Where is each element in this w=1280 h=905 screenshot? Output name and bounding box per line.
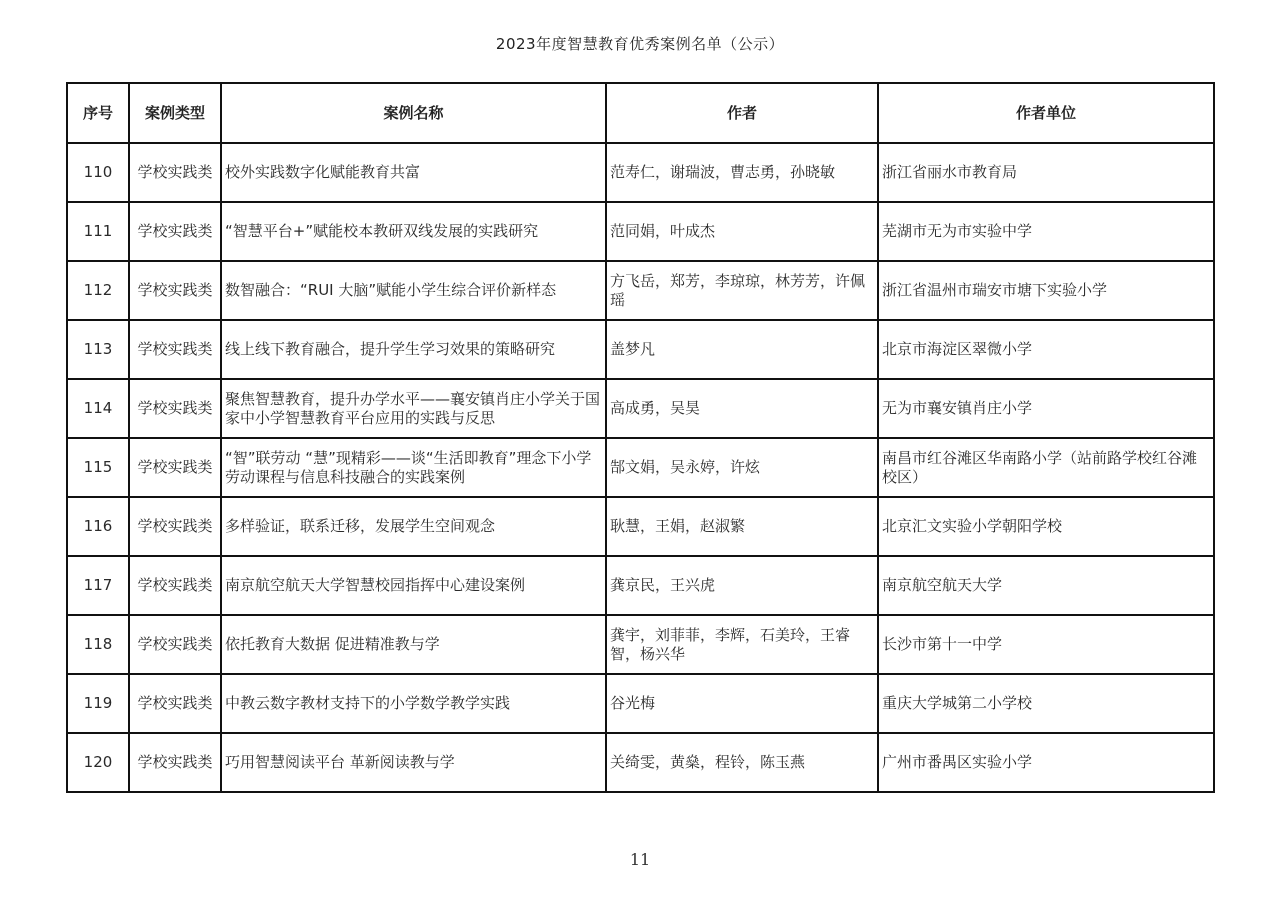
cell-no: 113 (67, 320, 129, 379)
cell-author-unit: 南昌市红谷滩区华南路小学（站前路学校红谷滩校区） (878, 438, 1214, 497)
cell-case-name: 巧用智慧阅读平台 革新阅读教与学 (221, 733, 606, 792)
table-row: 115 学校实践类 “智”联劳动 “慧”现精彩——谈“生活即教育”理念下小学劳动… (67, 438, 1214, 497)
cell-type: 学校实践类 (129, 733, 221, 792)
cell-case-name: “智慧平台+”赋能校本教研双线发展的实践研究 (221, 202, 606, 261)
table-row: 116 学校实践类 多样验证，联系迁移，发展学生空间观念 耿慧，王娟，赵淑繁 北… (67, 497, 1214, 556)
cell-authors: 耿慧，王娟，赵淑繁 (606, 497, 878, 556)
page-number: 11 (0, 850, 1280, 869)
cell-no: 119 (67, 674, 129, 733)
cell-type: 学校实践类 (129, 379, 221, 438)
cell-authors: 高成勇，吴昊 (606, 379, 878, 438)
cell-no: 110 (67, 143, 129, 202)
cell-case-name: “智”联劳动 “慧”现精彩——谈“生活即教育”理念下小学劳动课程与信息科技融合的… (221, 438, 606, 497)
case-list-table: 序号 案例类型 案例名称 作者 作者单位 110 学校实践类 校外实践数字化赋能… (66, 82, 1215, 793)
cell-type: 学校实践类 (129, 674, 221, 733)
header-no: 序号 (67, 83, 129, 143)
cell-authors: 龚京民，王兴虎 (606, 556, 878, 615)
cell-author-unit: 长沙市第十一中学 (878, 615, 1214, 674)
cell-authors: 郜文娟，吴永婷，许炫 (606, 438, 878, 497)
cell-authors: 范寿仁，谢瑞波，曹志勇，孙晓敏 (606, 143, 878, 202)
cell-author-unit: 芜湖市无为市实验中学 (878, 202, 1214, 261)
table-row: 120 学校实践类 巧用智慧阅读平台 革新阅读教与学 关绮雯，黄燊，程铃，陈玉燕… (67, 733, 1214, 792)
cell-no: 111 (67, 202, 129, 261)
table-row: 117 学校实践类 南京航空航天大学智慧校园指挥中心建设案例 龚京民，王兴虎 南… (67, 556, 1214, 615)
document-title: 2023年度智慧教育优秀案例名单（公示） (0, 33, 1280, 54)
cell-type: 学校实践类 (129, 497, 221, 556)
cell-type: 学校实践类 (129, 615, 221, 674)
header-name: 案例名称 (221, 83, 606, 143)
table-row: 110 学校实践类 校外实践数字化赋能教育共富 范寿仁，谢瑞波，曹志勇，孙晓敏 … (67, 143, 1214, 202)
cell-author-unit: 南京航空航天大学 (878, 556, 1214, 615)
cell-type: 学校实践类 (129, 438, 221, 497)
table-row: 118 学校实践类 依托教育大数据 促进精准教与学 龚宇，刘菲菲，李辉，石美玲，… (67, 615, 1214, 674)
table-row: 111 学校实践类 “智慧平台+”赋能校本教研双线发展的实践研究 范同娟，叶成杰… (67, 202, 1214, 261)
cell-type: 学校实践类 (129, 261, 221, 320)
cell-authors: 范同娟，叶成杰 (606, 202, 878, 261)
cell-author-unit: 广州市番禺区实验小学 (878, 733, 1214, 792)
table-body: 110 学校实践类 校外实践数字化赋能教育共富 范寿仁，谢瑞波，曹志勇，孙晓敏 … (67, 143, 1214, 792)
cell-type: 学校实践类 (129, 320, 221, 379)
table-row: 112 学校实践类 数智融合：“RUI 大脑”赋能小学生综合评价新样态 方飞岳，… (67, 261, 1214, 320)
cell-no: 112 (67, 261, 129, 320)
header-row: 序号 案例类型 案例名称 作者 作者单位 (67, 83, 1214, 143)
table-header: 序号 案例类型 案例名称 作者 作者单位 (67, 83, 1214, 143)
cell-no: 115 (67, 438, 129, 497)
table-row: 113 学校实践类 线上线下教育融合，提升学生学习效果的策略研究 盖梦凡 北京市… (67, 320, 1214, 379)
cell-no: 114 (67, 379, 129, 438)
cell-case-name: 依托教育大数据 促进精准教与学 (221, 615, 606, 674)
cell-case-name: 多样验证，联系迁移，发展学生空间观念 (221, 497, 606, 556)
cell-author-unit: 北京汇文实验小学朝阳学校 (878, 497, 1214, 556)
cell-author-unit: 浙江省丽水市教育局 (878, 143, 1214, 202)
table-row: 114 学校实践类 聚焦智慧教育，提升办学水平——襄安镇肖庄小学关于国家中小学智… (67, 379, 1214, 438)
cell-authors: 龚宇，刘菲菲，李辉，石美玲，王睿智，杨兴华 (606, 615, 878, 674)
cell-type: 学校实践类 (129, 556, 221, 615)
cell-case-name: 南京航空航天大学智慧校园指挥中心建设案例 (221, 556, 606, 615)
cell-no: 120 (67, 733, 129, 792)
header-unit: 作者单位 (878, 83, 1214, 143)
cell-no: 118 (67, 615, 129, 674)
cell-case-name: 中教云数字教材支持下的小学数学教学实践 (221, 674, 606, 733)
cell-type: 学校实践类 (129, 143, 221, 202)
cell-type: 学校实践类 (129, 202, 221, 261)
header-authors: 作者 (606, 83, 878, 143)
cell-authors: 谷光梅 (606, 674, 878, 733)
case-list-table-container: 序号 案例类型 案例名称 作者 作者单位 110 学校实践类 校外实践数字化赋能… (66, 82, 1213, 793)
table-row: 119 学校实践类 中教云数字教材支持下的小学数学教学实践 谷光梅 重庆大学城第… (67, 674, 1214, 733)
cell-authors: 方飞岳，郑芳，李琼琼，林芳芳，许佩瑶 (606, 261, 878, 320)
cell-case-name: 线上线下教育融合，提升学生学习效果的策略研究 (221, 320, 606, 379)
cell-author-unit: 重庆大学城第二小学校 (878, 674, 1214, 733)
cell-authors: 盖梦凡 (606, 320, 878, 379)
cell-no: 117 (67, 556, 129, 615)
cell-author-unit: 北京市海淀区翠微小学 (878, 320, 1214, 379)
cell-author-unit: 浙江省温州市瑞安市塘下实验小学 (878, 261, 1214, 320)
cell-case-name: 数智融合：“RUI 大脑”赋能小学生综合评价新样态 (221, 261, 606, 320)
cell-case-name: 聚焦智慧教育，提升办学水平——襄安镇肖庄小学关于国家中小学智慧教育平台应用的实践… (221, 379, 606, 438)
cell-authors: 关绮雯，黄燊，程铃，陈玉燕 (606, 733, 878, 792)
cell-no: 116 (67, 497, 129, 556)
header-type: 案例类型 (129, 83, 221, 143)
cell-author-unit: 无为市襄安镇肖庄小学 (878, 379, 1214, 438)
cell-case-name: 校外实践数字化赋能教育共富 (221, 143, 606, 202)
